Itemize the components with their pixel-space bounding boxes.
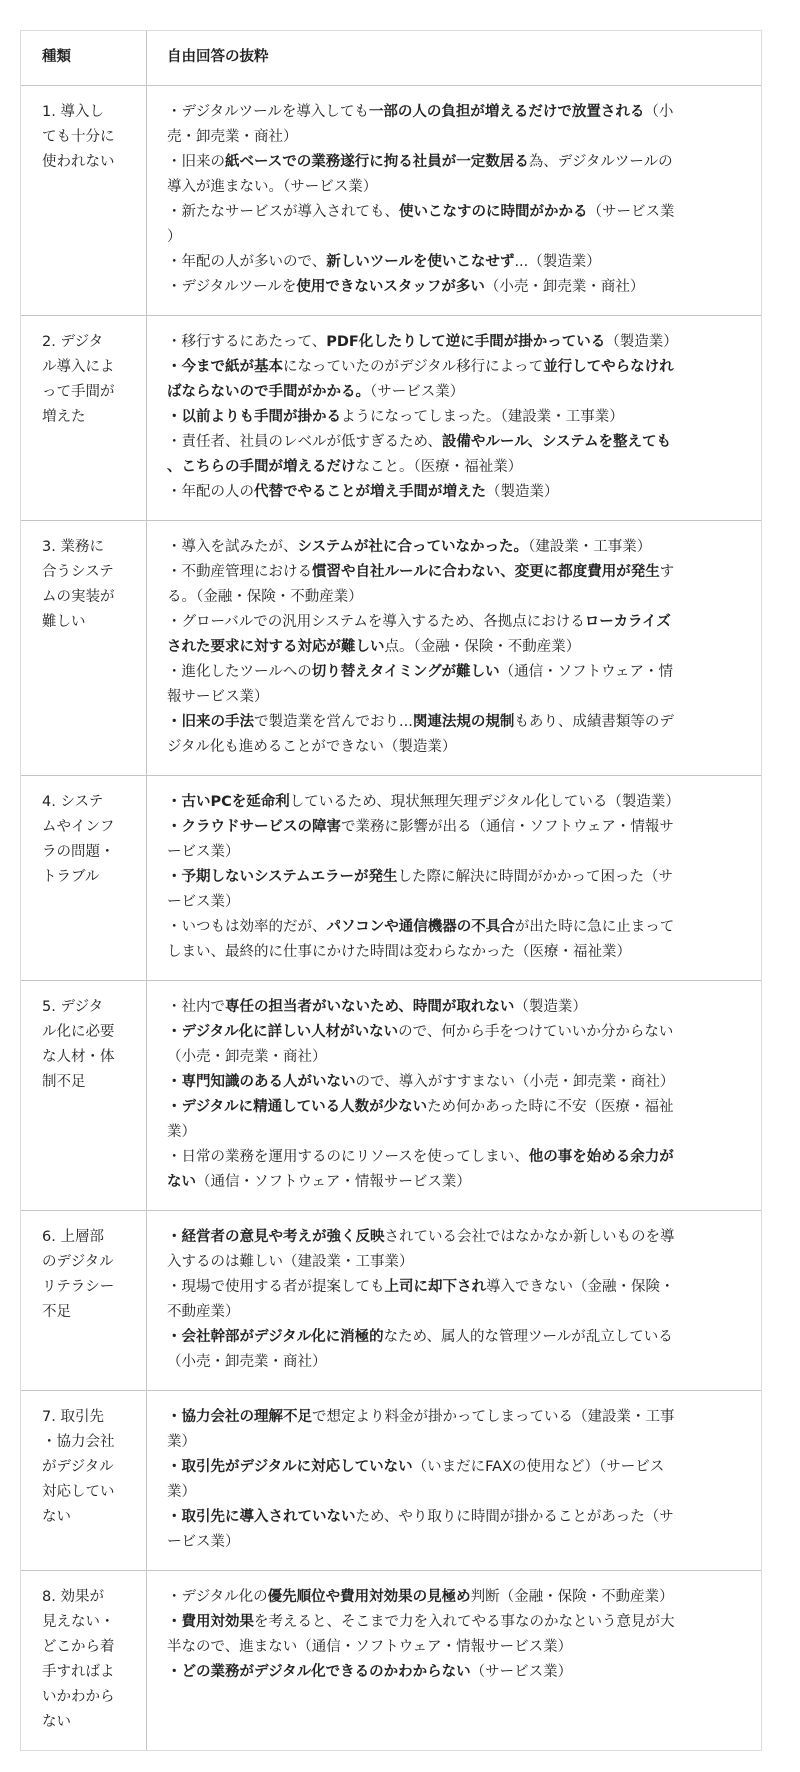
emphasis-text: ない (167, 1174, 196, 1190)
kind-line: のデジタル (42, 1250, 146, 1275)
kind-line: ル化に必要 (42, 1020, 146, 1045)
answer-text: 点。（金融・保険・不動産業） (385, 639, 581, 655)
kind-cell: 2. デジタル導入によって手間が増えた (21, 316, 147, 520)
answer-line: ・古いPCを延命利しているため、現状無理矢理デジタル化している（製造業） (167, 790, 743, 815)
answer-line: ・以前よりも手間が掛かるようになってしまった。（建設業・工事業） (167, 405, 743, 430)
answer-cell: ・デジタル化の優先順位や費用対効果の見極め判断（金融・保険・不動産業）・費用対効… (147, 1571, 761, 1750)
answer-line: ・協力会社の理解不足で想定より料金が掛かってしまっている（建設業・工事 (167, 1405, 743, 1430)
answer-text: しまい、最終的に仕事にかけた時間は変わらなかった（医療・福祉業） (167, 944, 631, 960)
answer-text: ービス業） (167, 844, 240, 860)
answer-line: ・予期しないシステムエラーが発生した際に解決に時間がかかって困った（サ (167, 865, 743, 890)
answer-line: ばならないので手間がかかる。（サービス業） (167, 380, 743, 405)
kind-line: ムやインフ (42, 815, 146, 840)
kind-line: がデジタル (42, 1455, 146, 1480)
answer-text: ・グローバルでの汎用システムを導入するため、各拠点における (167, 614, 585, 630)
answer-text: ・年配の人が多いので、 (167, 254, 326, 270)
kind-line: どこから着 (42, 1635, 146, 1660)
answer-line: ・取引先がデジタルに対応していない（いまだにFAXの使用など）（サービス (167, 1455, 743, 1480)
answer-text: 判断（金融・保険・不動産業） (471, 1589, 674, 1605)
answer-text: で業務に影響が出る（通信・ソフトウェア・情報サ (341, 819, 674, 835)
answer-line: ・デジタル化の優先順位や費用対効果の見極め判断（金融・保険・不動産業） (167, 1585, 743, 1610)
kind-line: ても十分に (42, 125, 146, 150)
emphasis-text: ばならないので手間がかかる。 (167, 384, 370, 400)
kind-line: 2. デジタ (42, 330, 146, 355)
answer-line: 不動産業） (167, 1300, 743, 1325)
kind-line: トラブル (42, 865, 146, 890)
kind-line: 増えた (42, 405, 146, 430)
answer-line: ・経営者の意見や考えが強く反映されている会社ではなかなか新しいものを導 (167, 1225, 743, 1250)
answer-text: ・デジタル化の (167, 1589, 268, 1605)
emphasis-text: ・費用対効果 (167, 1614, 254, 1630)
answer-line: ） (167, 225, 743, 250)
kind-line: ない (42, 1710, 146, 1735)
emphasis-text: ・予期しないシステムエラーが発生 (167, 869, 398, 885)
answer-text: ので、導入がすすまない（小売・卸売業・商社） (356, 1074, 675, 1090)
answer-line: ・いつもは効率的だが、パソコンや通信機器の不具合が出た時に急に止まって (167, 915, 743, 940)
answer-line: ・デジタルツールを使用できないスタッフが多い（小売・卸売業・商社） (167, 275, 743, 300)
answer-text: ・責任者、社員のレベルが低すぎるため、 (167, 434, 442, 450)
answer-text: ・進化したツールへの (167, 664, 312, 680)
answer-text: ・いつもは効率的だが、 (167, 919, 327, 935)
answer-line: ・現場で使用する者が提案しても上司に却下され導入できない（金融・保険・ (167, 1275, 743, 1300)
answer-text: ービス業） (167, 894, 240, 910)
answer-text: になっていたのがデジタル移行によって (283, 359, 543, 375)
answer-line: 入するのは難しい（建設業・工事業） (167, 1250, 743, 1275)
kind-line: ない (42, 1505, 146, 1530)
answer-line: された要求に対する対応が難しい点。（金融・保険・不動産業） (167, 635, 743, 660)
kind-line: ル導入によ (42, 355, 146, 380)
answer-text: ・デジタルツールを (167, 279, 296, 295)
answer-text: ・新たなサービスが導入されても、 (167, 204, 399, 220)
answer-line: ジタル化も進めることができない（製造業） (167, 735, 743, 760)
answer-text: ため何かあった時に不安（医療・福祉 (427, 1099, 673, 1115)
kind-line: 合うシステ (42, 560, 146, 585)
table-header-row: 種類 自由回答の抜粋 (21, 31, 761, 85)
kind-line: リテラシー (42, 1275, 146, 1300)
answer-line: ・年配の人が多いので、新しいツールを使いこなせず...（製造業） (167, 250, 743, 275)
answer-text: ・不動産管理における (167, 564, 312, 580)
kind-line: 6. 上層部 (42, 1225, 146, 1250)
answer-cell: ・協力会社の理解不足で想定より料金が掛かってしまっている（建設業・工事業）・取引… (147, 1391, 761, 1570)
answer-line: ・日常の業務を運用するのにリソースを使ってしまい、他の事を始める余力が (167, 1145, 743, 1170)
emphasis-text: ・クラウドサービスの障害 (167, 819, 341, 835)
emphasis-text: 慣習や自社ルールに合わない、変更に都度費用が発生 (312, 564, 660, 580)
emphasis-text: 設備やルール、システムを整えても (442, 434, 671, 450)
answer-line: 、こちらの手間が増えるだけなこと。（医療・福祉業） (167, 455, 743, 480)
answer-line: 業） (167, 1430, 743, 1455)
answer-line: 導入が進まない。（サービス業） (167, 175, 743, 200)
answer-text: ） (167, 229, 182, 245)
kind-line: 8. 効果が (42, 1585, 146, 1610)
answer-line: ・責任者、社員のレベルが低すぎるため、設備やルール、システムを整えても (167, 430, 743, 455)
emphasis-text: ・経営者の意見や考えが強く反映 (167, 1229, 385, 1245)
table-row: 8. 効果が見えない・どこから着手すればよいかわからない・デジタル化の優先順位や… (21, 1570, 761, 1750)
answer-text: しているため、現状無理矢理デジタル化している（製造業） (290, 794, 680, 810)
answer-line: 売・卸売業・商社） (167, 125, 743, 150)
answer-text: ・社内で (167, 999, 225, 1015)
table-row: 4. システムやインフラの問題・トラブル・古いPCを延命利しているため、現状無理… (21, 775, 761, 980)
kind-line: 使われない (42, 150, 146, 175)
kind-cell: 6. 上層部のデジタルリテラシー不足 (21, 1211, 147, 1390)
answer-line: 業） (167, 1120, 743, 1145)
table-row: 5. デジタル化に必要な人材・体制不足・社内で専任の担当者がいないため、時間が取… (21, 980, 761, 1210)
answer-line: ・会社幹部がデジタル化に消極的なため、属人的な管理ツールが乱立している (167, 1325, 743, 1350)
kind-line: ・協力会社 (42, 1430, 146, 1455)
emphasis-text: 、こちらの手間が増えるだけ (167, 459, 356, 475)
table-row: 2. デジタル導入によって手間が増えた・移行するにあたって、PDF化したりして逆… (21, 315, 761, 520)
answer-text: ので、何から手をつけていいか分からない (398, 1024, 673, 1040)
emphasis-text: システムが社に合っていなかった。 (298, 539, 529, 555)
answer-text: ・年配の人の (167, 484, 254, 500)
answer-line: ない（通信・ソフトウェア・情報サービス業） (167, 1170, 743, 1195)
answer-cell: ・経営者の意見や考えが強く反映されている会社ではなかなか新しいものを導入するのは… (147, 1211, 761, 1390)
emphasis-text: PDF化したりして逆に手間が掛かっている (326, 334, 605, 350)
answer-text: ...（製造業） (514, 254, 600, 270)
answer-line: ・今まで紙が基本になっていたのがデジタル移行によって並行してやらなけれ (167, 355, 743, 380)
emphasis-text: 並行してやらなけれ (543, 359, 674, 375)
answer-text: ・導入を試みたが、 (167, 539, 298, 555)
answer-text: ジタル化も進めることができない（製造業） (167, 739, 456, 755)
answer-cell: ・社内で専任の担当者がいないため、時間が取れない（製造業）・デジタル化に詳しい人… (147, 981, 761, 1210)
kind-cell: 7. 取引先・協力会社がデジタル対応していない (21, 1391, 147, 1570)
answer-text: 為、デジタルツールの (529, 154, 673, 170)
emphasis-text: ・取引先がデジタルに対応していない (167, 1459, 413, 1475)
answer-text: （サービス業） (471, 1664, 573, 1680)
answer-line: 半なので、進まない（通信・ソフトウェア・情報サービス業） (167, 1635, 743, 1660)
emphasis-text: ・取引先に導入されていない (167, 1509, 356, 1525)
answer-line: る。（金融・保険・不動産業） (167, 585, 743, 610)
emphasis-text: 使用できないスタッフが多い (296, 279, 485, 295)
answer-text: 導入できない（金融・保険・ (486, 1279, 675, 1295)
answer-cell: ・移行するにあたって、PDF化したりして逆に手間が掛かっている（製造業）・今まで… (147, 316, 761, 520)
emphasis-text: 上司に却下され (385, 1279, 487, 1295)
kind-line: 手すればよ (42, 1660, 146, 1685)
answer-line: ・費用対効果を考えると、そこまで力を入れてやる事なのかなという意見が大 (167, 1610, 743, 1635)
kind-cell: 8. 効果が見えない・どこから着手すればよいかわからない (21, 1571, 147, 1750)
answer-line: ・進化したツールへの切り替えタイミングが難しい（通信・ソフトウェア・情 (167, 660, 743, 685)
emphasis-text: 専任の担当者がいないため、時間が取れない (225, 999, 514, 1015)
emphasis-text: 代替でやることが増え手間が増えた (254, 484, 486, 500)
answer-line: ・クラウドサービスの障害で業務に影響が出る（通信・ソフトウェア・情報サ (167, 815, 743, 840)
kind-line: 4. システ (42, 790, 146, 815)
answer-line: （小売・卸売業・商社） (167, 1350, 743, 1375)
table-body: 1. 導入しても十分に使われない・デジタルツールを導入しても一部の人の負担が増え… (21, 85, 761, 1750)
answer-text: （サービス業 (588, 204, 675, 220)
answer-text: （製造業） (486, 484, 559, 500)
kind-line: 3. 業務に (42, 535, 146, 560)
answer-cell: ・デジタルツールを導入しても一部の人の負担が増えるだけで放置される（小売・卸売業… (147, 86, 761, 315)
answer-line: ービス業） (167, 890, 743, 915)
emphasis-text: 優先順位や費用対効果の見極め (268, 1589, 471, 1605)
emphasis-text: ・旧来の手法 (167, 714, 254, 730)
emphasis-text: ・以前よりも手間が掛かる (167, 409, 341, 425)
answer-line: ・旧来の紙ベースでの業務遂行に拘る社員が一定数居る為、デジタルツールの (167, 150, 743, 175)
kind-cell: 4. システムやインフラの問題・トラブル (21, 776, 147, 980)
answer-text: もあり、成績書類等のデ (514, 714, 674, 730)
emphasis-text: 新しいツールを使いこなせず (326, 254, 514, 270)
answer-text: ・日常の業務を運用するのにリソースを使ってしまい、 (167, 1149, 529, 1165)
kind-line: 7. 取引先 (42, 1405, 146, 1430)
emphasis-text: ・協力会社の理解不足 (167, 1409, 312, 1425)
emphasis-text: 一部の人の負担が増えるだけで放置される (369, 104, 645, 120)
emphasis-text: ・今まで紙が基本 (167, 359, 283, 375)
answer-text: す (660, 564, 675, 580)
answer-text: （通信・ソフトウェア・情報サービス業） (196, 1174, 471, 1190)
answer-text: 業） (167, 1124, 196, 1140)
answer-text: が出た時に急に止まって (515, 919, 675, 935)
kind-line: いかわから (42, 1685, 146, 1710)
answer-text: 売・卸売業・商社） (167, 129, 298, 145)
answer-text: ・旧来の (167, 154, 225, 170)
answer-text: （いまだにFAXの使用など）（サービス (413, 1459, 665, 1475)
kind-line: 対応してい (42, 1480, 146, 1505)
emphasis-text: ローカライズ (585, 614, 671, 630)
kind-cell: 5. デジタル化に必要な人材・体制不足 (21, 981, 147, 1210)
table-row: 7. 取引先・協力会社がデジタル対応していない・協力会社の理解不足で想定より料金… (21, 1390, 761, 1570)
answer-line: ・年配の人の代替でやることが増え手間が増えた（製造業） (167, 480, 743, 505)
kind-line: 見えない・ (42, 1610, 146, 1635)
answer-line: しまい、最終的に仕事にかけた時間は変わらなかった（医療・福祉業） (167, 940, 743, 965)
kind-cell: 3. 業務に合うシステムの実装が難しい (21, 521, 147, 775)
emphasis-text: ・デジタル化に詳しい人材がいない (167, 1024, 398, 1040)
emphasis-text: ・古いPCを延命利 (167, 794, 290, 810)
answer-text: （小 (644, 104, 673, 120)
answer-text: （小売・卸売業・商社） (167, 1354, 327, 1370)
answer-text: （小売・卸売業・商社） (485, 279, 645, 295)
answer-text: ・移行するにあたって、 (167, 334, 326, 350)
emphasis-text: ・デジタルに精通している人数が少ない (167, 1099, 427, 1115)
kind-line: ラの問題・ (42, 840, 146, 865)
answer-text: （建設業・工事業） (528, 539, 651, 555)
header-answer: 自由回答の抜粋 (147, 31, 761, 85)
emphasis-text: ・どの業務がデジタル化できるのかわからない (167, 1664, 471, 1680)
answer-line: ・どの業務がデジタル化できるのかわからない（サービス業） (167, 1660, 743, 1685)
kind-cell: 1. 導入しても十分に使われない (21, 86, 147, 315)
answer-text: 半なので、進まない（通信・ソフトウェア・情報サービス業） (167, 1639, 572, 1655)
survey-table: 種類 自由回答の抜粋 1. 導入しても十分に使われない・デジタルツールを導入して… (20, 30, 762, 1751)
answer-line: ・専門知識のある人がいないので、導入がすすまない（小売・卸売業・商社） (167, 1070, 743, 1095)
answer-line: 報サービス業） (167, 685, 743, 710)
kind-line: 1. 導入し (42, 100, 146, 125)
answer-line: ービス業） (167, 840, 743, 865)
answer-text: なため、属人的な管理ツールが乱立している (384, 1329, 673, 1345)
answer-line: （小売・卸売業・商社） (167, 1045, 743, 1070)
answer-text: （小売・卸売業・商社） (167, 1049, 327, 1065)
emphasis-text: ・専門知識のある人がいない (167, 1074, 356, 1090)
kind-line: ムの実装が (42, 585, 146, 610)
table-row: 6. 上層部のデジタルリテラシー不足・経営者の意見や考えが強く反映されている会社… (21, 1210, 761, 1390)
answer-text: （製造業） (514, 999, 587, 1015)
answer-text: した際に解決に時間がかかって困った（サ (398, 869, 674, 885)
answer-text: ービス業） (167, 1534, 240, 1550)
answer-line: ・社内で専任の担当者がいないため、時間が取れない（製造業） (167, 995, 743, 1020)
answer-cell: ・古いPCを延命利しているため、現状無理矢理デジタル化している（製造業）・クラウ… (147, 776, 761, 980)
answer-line: ・取引先に導入されていないため、やり取りに時間が掛かることがあった（サ (167, 1505, 743, 1530)
kind-line: 難しい (42, 610, 146, 635)
kind-line: って手間が (42, 380, 146, 405)
answer-text: （通信・ソフトウェア・情 (500, 664, 673, 680)
kind-line: な人材・体 (42, 1045, 146, 1070)
answer-text: ため、やり取りに時間が掛かることがあった（サ (356, 1509, 674, 1525)
emphasis-text: 切り替えタイミングが難しい (312, 664, 500, 680)
answer-line: ・移行するにあたって、PDF化したりして逆に手間が掛かっている（製造業） (167, 330, 743, 355)
answer-text: （サービス業） (370, 384, 464, 400)
answer-text: を考えると、そこまで力を入れてやる事なのかなという意見が大 (254, 1614, 675, 1630)
header-kind: 種類 (21, 31, 147, 85)
answer-text: 業） (167, 1434, 196, 1450)
emphasis-text: された要求に対する対応が難しい (167, 639, 385, 655)
answer-line: ・導入を試みたが、システムが社に合っていなかった。（建設業・工事業） (167, 535, 743, 560)
answer-text: 不動産業） (167, 1304, 240, 1320)
emphasis-text: 関連法規の規制 (413, 714, 515, 730)
emphasis-text: パソコンや通信機器の不具合 (327, 919, 515, 935)
answer-line: 業） (167, 1480, 743, 1505)
answer-text: ようになってしまった。（建設業・工事業） (341, 409, 624, 425)
answer-text: されている会社ではなかなか新しいものを導 (385, 1229, 675, 1245)
emphasis-text: 紙ベースでの業務遂行に拘る社員が一定数居る (225, 154, 529, 170)
kind-line: 不足 (42, 1300, 146, 1325)
answer-line: ・旧来の手法で製造業を営んでおり...関連法規の規制もあり、成績書類等のデ (167, 710, 743, 735)
answer-line: ・デジタルに精通している人数が少ないため何かあった時に不安（医療・福祉 (167, 1095, 743, 1120)
answer-text: 導入が進まない。（サービス業） (167, 179, 377, 195)
answer-text: （製造業） (605, 334, 678, 350)
answer-cell: ・導入を試みたが、システムが社に合っていなかった。（建設業・工事業）・不動産管理… (147, 521, 761, 775)
emphasis-text: 使いこなすのに時間がかかる (399, 204, 588, 220)
emphasis-text: 他の事を始める余力が (529, 1149, 674, 1165)
answer-line: ・新たなサービスが導入されても、使いこなすのに時間がかかる（サービス業 (167, 200, 743, 225)
answer-line: ・デジタルツールを導入しても一部の人の負担が増えるだけで放置される（小 (167, 100, 743, 125)
table-row: 3. 業務に合うシステムの実装が難しい・導入を試みたが、システムが社に合っていな… (21, 520, 761, 775)
answer-text: 業） (167, 1484, 196, 1500)
answer-text: ・現場で使用する者が提案しても (167, 1279, 385, 1295)
answer-text: る。（金融・保険・不動産業） (167, 589, 363, 605)
answer-line: ービス業） (167, 1530, 743, 1555)
answer-text: 報サービス業） (167, 689, 269, 705)
emphasis-text: ・会社幹部がデジタル化に消極的 (167, 1329, 384, 1345)
answer-text: ・デジタルツールを導入しても (167, 104, 369, 120)
kind-line: 5. デジタ (42, 995, 146, 1020)
kind-line: 制不足 (42, 1070, 146, 1095)
answer-line: ・デジタル化に詳しい人材がいないので、何から手をつけていいか分からない (167, 1020, 743, 1045)
answer-line: ・不動産管理における慣習や自社ルールに合わない、変更に都度費用が発生す (167, 560, 743, 585)
answer-text: なこと。（医療・福祉業） (356, 459, 523, 475)
answer-text: で製造業を営んでおり... (254, 714, 413, 730)
table-row: 1. 導入しても十分に使われない・デジタルツールを導入しても一部の人の負担が増え… (21, 85, 761, 315)
answer-line: ・グローバルでの汎用システムを導入するため、各拠点におけるローカライズ (167, 610, 743, 635)
answer-text: で想定より料金が掛かってしまっている（建設業・工事 (312, 1409, 675, 1425)
answer-text: 入するのは難しい（建設業・工事業） (167, 1254, 414, 1270)
